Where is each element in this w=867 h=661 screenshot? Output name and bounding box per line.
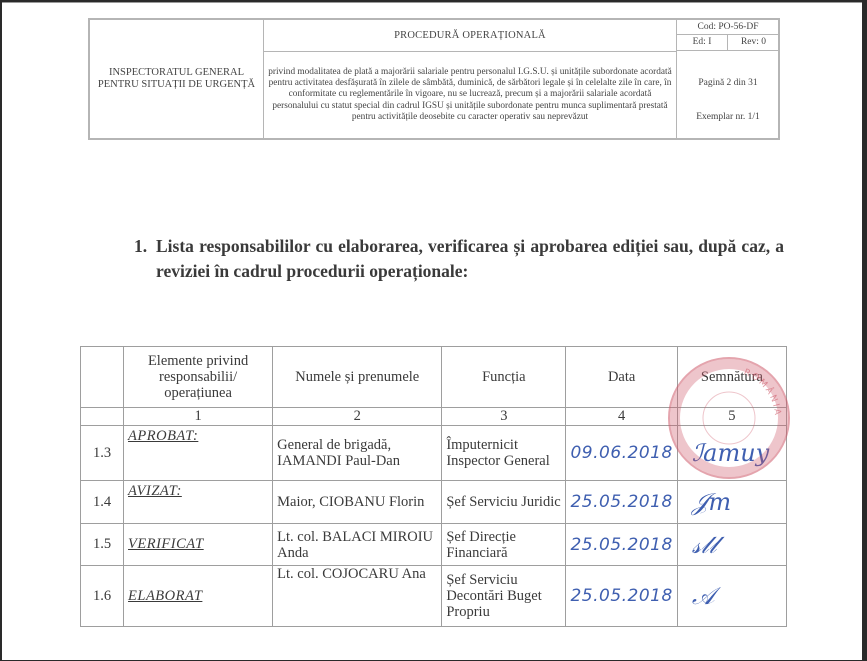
column-number: [81, 408, 124, 426]
row-role: AVIZAT:: [124, 481, 273, 524]
column-number: 1: [124, 408, 273, 426]
table-row: 1.4 AVIZAT: Maior, CIOBANU Florin Șef Se…: [81, 481, 787, 524]
document-metadata: Cod: PO-56-DF Ed: I Rev: 0 Pagină 2 din …: [676, 20, 779, 138]
row-date: 25.05.2018: [566, 524, 677, 566]
row-signature: 𝓈𝓁𝓁: [677, 524, 786, 566]
signature-scribble: 𝓈𝓁𝓁: [682, 531, 717, 559]
column-number: 5: [677, 408, 786, 426]
table-row: 1.6 ELABORAT Lt. col. COJOCARU Ana Șef S…: [81, 566, 787, 627]
row-function: Împuternicit Inspector General: [442, 426, 566, 481]
row-role: ELABORAT: [124, 566, 273, 627]
header-signature: Semnătura: [677, 347, 786, 408]
page-number: Pagină 2 din 31: [677, 78, 779, 88]
responsibility-table: Elemente privind responsabilii/ operațiu…: [80, 346, 787, 627]
revision: Rev: 0: [728, 35, 779, 50]
header-operation: Elemente privind responsabilii/ operațiu…: [124, 347, 273, 408]
table-header-row: Elemente privind responsabilii/ operațiu…: [81, 347, 787, 408]
document-code: Cod: PO-56-DF: [677, 20, 779, 35]
row-name: Lt. col. COJOCARU Ana: [273, 566, 442, 627]
column-number: 4: [566, 408, 677, 426]
row-function: Șef Serviciu Decontări Buget Propriu: [442, 566, 566, 627]
row-signature: 𝒥m: [677, 481, 786, 524]
edition-revision: Ed: I Rev: 0: [677, 35, 779, 51]
row-name: Maior, CIOBANU Florin: [273, 481, 442, 524]
row-signature: 𝒜: [677, 566, 786, 627]
row-name: General de brigadă, IAMANDI Paul-Dan: [273, 426, 442, 481]
section-title: Lista responsabililor cu elaborarea, ver…: [156, 234, 784, 284]
row-index: 1.3: [81, 426, 124, 481]
header-date: Data: [566, 347, 677, 408]
row-date: 09.06.2018: [566, 426, 677, 481]
signature-scribble: ℐamuy: [682, 439, 769, 467]
section-number: 1.: [134, 234, 147, 259]
document-header-table: INSPECTORATUL GENERAL PENTRU SITUAȚII DE…: [88, 18, 780, 140]
header-index: [81, 347, 124, 408]
header-function: Funcția: [442, 347, 566, 408]
row-index: 1.4: [81, 481, 124, 524]
header-name: Numele și prenumele: [273, 347, 442, 408]
table-row: 1.5 VERIFICAT Lt. col. BALACI MIROIU And…: [81, 524, 787, 566]
organization-name: INSPECTORATUL GENERAL PENTRU SITUAȚII DE…: [90, 20, 264, 138]
procedure-title: PROCEDURĂ OPERAȚIONALĂ: [264, 20, 676, 52]
row-signature: ℐamuy: [677, 426, 786, 481]
signature-scribble: 𝒥m: [682, 488, 731, 516]
row-name: Lt. col. BALACI MIROIU Anda: [273, 524, 442, 566]
procedure-description: privind modalitatea de plată a majorării…: [264, 52, 676, 138]
row-date: 25.05.2018: [566, 481, 677, 524]
row-index: 1.6: [81, 566, 124, 627]
edition: Ed: I: [677, 35, 728, 50]
table-row: 1.3 APROBAT: General de brigadă, IAMANDI…: [81, 426, 787, 481]
signature-scribble: 𝒜: [682, 582, 715, 610]
row-role: APROBAT:: [124, 426, 273, 481]
column-number: 2: [273, 408, 442, 426]
row-date: 25.05.2018: [566, 566, 677, 627]
row-index: 1.5: [81, 524, 124, 566]
section-heading: 1. Lista responsabililor cu elaborarea, …: [134, 234, 784, 284]
row-role: VERIFICAT: [124, 524, 273, 566]
row-function: Șef Direcție Financiară: [442, 524, 566, 566]
column-number: 3: [442, 408, 566, 426]
column-number-row: 1 2 3 4 5: [81, 408, 787, 426]
copy-number: Exemplar nr. 1/1: [677, 112, 779, 122]
row-function: Șef Serviciu Juridic: [442, 481, 566, 524]
